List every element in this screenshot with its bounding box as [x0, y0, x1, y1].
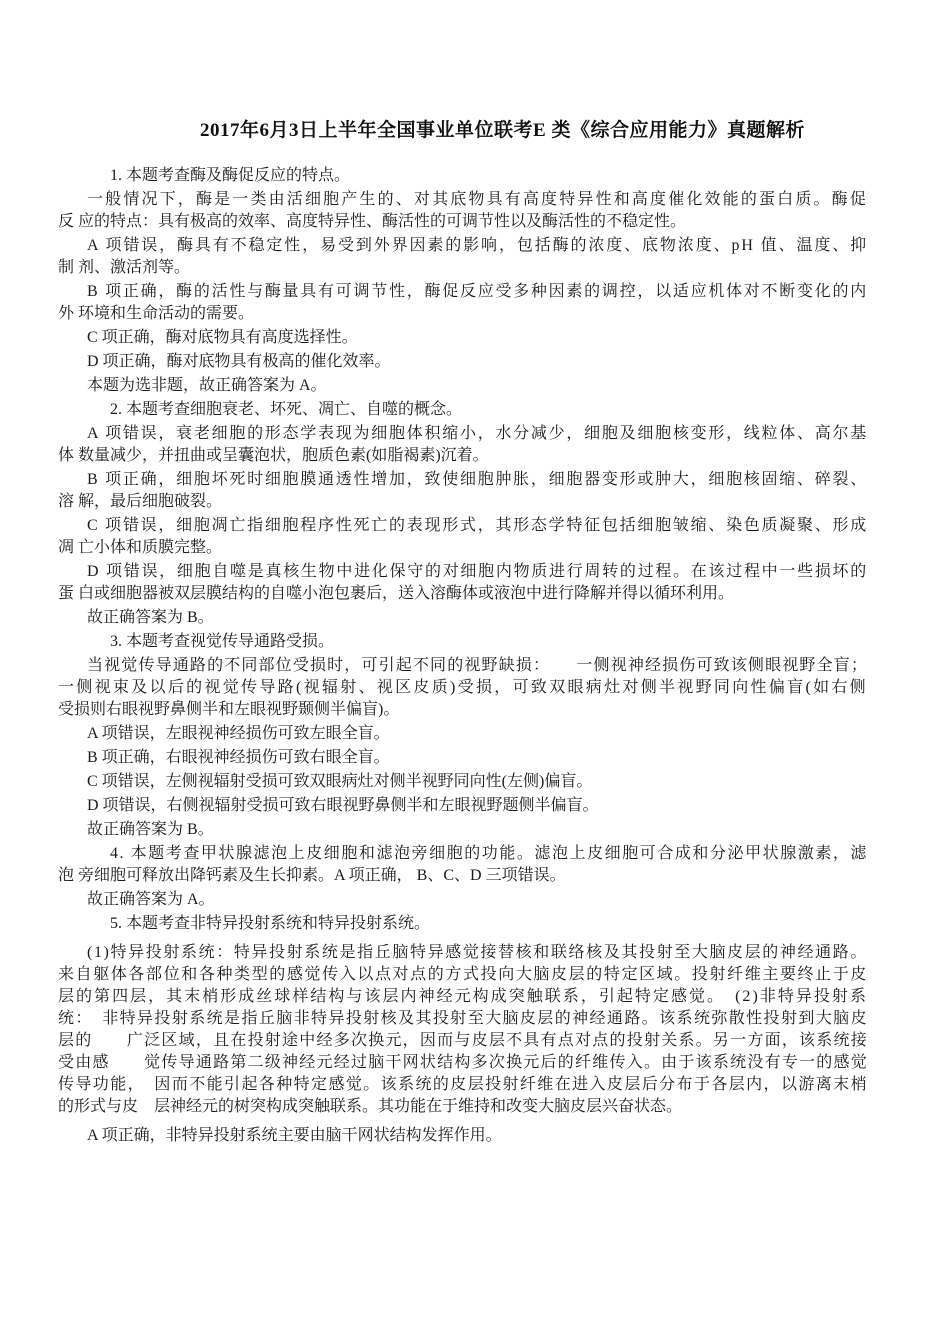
text-line-content: 5. 本题考查非特异投射系统和特异投射系统。 [110, 915, 430, 932]
text-line-content: 外 环境和生命活动的需要。 [58, 305, 254, 322]
text-line: 蛋 白或细胞器被双层膜结构的自噬小泡包裹后，送入溶酶体或液泡中进行降解并得以循环… [58, 583, 868, 605]
document-page: 2017年6月3日上半年全国事业单位联考E 类《综合应用能力》真题解析 1. 本… [0, 0, 950, 1344]
document-title: 2017年6月3日上半年全国事业单位联考E 类《综合应用能力》真题解析 [0, 0, 950, 144]
text-line-content: 传导功能， 因而不能引起各种特定感觉。该系统的皮层投射纤维在进入皮层后分布于各层… [58, 1076, 868, 1093]
text-line: 统： 非特异投射系统是指丘脑非特异投射核及其投射至大脑皮层的神经通路。该系统弥散… [58, 1008, 868, 1030]
text-line-content: 3. 本题考查视觉传导通路受损。 [110, 633, 334, 650]
text-line: 来自躯体各部位和各种类型的感觉传入以点对点的方式投向大脑皮层的特定区域。投射纤维… [58, 964, 868, 986]
text-line: A 项错误，衰老细胞的形态学表现为细胞体积缩小，水分减少，细胞及细胞核变形，线粒… [58, 423, 868, 445]
text-line: 反 应的特点：具有极高的效率、高度特异性、酶活性的可调节性以及酶活性的不稳定性。 [58, 211, 868, 233]
text-line-content: 制 剂、激活剂等。 [58, 259, 190, 276]
text-line: 外 环境和生命活动的需要。 [58, 303, 868, 325]
text-line-content: 4. 本题考查甲状腺滤泡上皮细胞和滤泡旁细胞的功能。滤泡上皮细胞可合成和分泌甲状… [110, 845, 868, 862]
text-line-content: 蛋 白或细胞器被双层膜结构的自噬小泡包裹后，送入溶酶体或液泡中进行降解并得以循环… [58, 585, 734, 602]
text-line-content: B 项正确，细胞坏死时细胞膜通透性增加，致使细胞肿胀，细胞器变形或肿大，细胞核固… [87, 471, 868, 488]
text-line: 制 剂、激活剂等。 [58, 257, 868, 279]
text-line: A 项错误，左眼视神经损伤可致左眼全盲。 [58, 723, 868, 745]
text-line-content: C 项正确，酶对底物具有高度选择性。 [87, 329, 358, 346]
text-line: D 项错误，右侧视辐射受损可致右眼视野鼻侧半和左眼视野题侧半偏盲。 [58, 795, 868, 817]
text-line-content: (1)特异投射系统：特异投射系统是指丘脑特异感觉接替核和联络核及其投射至大脑皮层… [87, 944, 868, 961]
text-line: 当视觉传导通路的不同部位受损时，可引起不同的视野缺损： 一侧视神经损伤可致该侧眼… [58, 655, 868, 677]
text-line-content: 故正确答案为 B。 [87, 821, 214, 838]
text-line: 受由感 觉传导通路第二级神经元经过脑干网状结构多次换元后的纤维传入。由于该系统没… [58, 1052, 868, 1074]
text-line-content: C 项错误，细胞凋亡指细胞程序性死亡的表现形式，其形态学特征包括细胞皱缩、染色质… [87, 517, 868, 534]
text-line: 4. 本题考查甲状腺滤泡上皮细胞和滤泡旁细胞的功能。滤泡上皮细胞可合成和分泌甲状… [58, 843, 868, 865]
text-line-content: A 项错误，酶具有不稳定性，易受到外界因素的影响，包括酶的浓度、底物浓度、pH … [87, 237, 868, 254]
text-line-content: 层的 广泛区域，且在投射途中经多次换元，因而与皮层不具有点对点的投射关系。另一方… [58, 1032, 868, 1049]
text-line-content: D 项正确，酶对底物具有极高的催化效率。 [87, 353, 391, 370]
text-line: 层的第四层，其末梢形成丝球样结构与该层内神经元构成突触联系，引起特定感觉。 (2… [58, 986, 868, 1008]
text-line: A 项正确，非特异投射系统主要由脑干网状结构发挥作用。 [58, 1125, 868, 1147]
text-line-content: 2. 本题考查细胞衰老、坏死、凋亡、自噬的概念。 [110, 401, 462, 418]
text-line-content: 1. 本题考查酶及酶促反应的特点。 [110, 167, 350, 184]
text-line-content: 凋 亡小体和质膜完整。 [58, 539, 222, 556]
document-body: 1. 本题考查酶及酶促反应的特点。一般情况下，酶是一类由活细胞产生的、对其底物具… [0, 165, 950, 1147]
text-line-content: 反 应的特点：具有极高的效率、高度特异性、酶活性的可调节性以及酶活性的不稳定性。 [58, 213, 686, 230]
text-line: 2. 本题考查细胞衰老、坏死、凋亡、自噬的概念。 [58, 399, 868, 421]
text-line: 故正确答案为 B。 [58, 819, 868, 841]
text-line-content: 溶 解，最后细胞破裂。 [58, 493, 222, 510]
text-line: 层的 广泛区域，且在投射途中经多次换元，因而与皮层不具有点对点的投射关系。另一方… [58, 1030, 868, 1052]
text-line-content: 的形式与皮 层神经元的树突构成突触联系。其功能在于维持和改变大脑皮层兴奋状态。 [58, 1098, 682, 1115]
text-line: B 项正确，细胞坏死时细胞膜通透性增加，致使细胞肿胀，细胞器变形或肿大，细胞核固… [58, 469, 868, 491]
text-line: 一般情况下，酶是一类由活细胞产生的、对其底物具有高度特异性和高度催化效能的蛋白质… [58, 189, 868, 211]
text-line: 5. 本题考查非特异投射系统和特异投射系统。 [58, 913, 868, 935]
text-line: 受损则右眼视野鼻侧半和左眼视野颞侧半偏盲)。 [58, 699, 868, 721]
text-line: 的形式与皮 层神经元的树突构成突触联系。其功能在于维持和改变大脑皮层兴奋状态。 [58, 1096, 868, 1118]
text-line-content: 本题为选非题，故正确答案为 A。 [87, 377, 327, 394]
text-line-content: 一般情况下，酶是一类由活细胞产生的、对其底物具有高度特异性和高度催化效能的蛋白质… [87, 191, 868, 208]
text-line: 体 数量减少，并扭曲或呈囊泡状，胞质色素(如脂褐素)沉着。 [58, 445, 868, 467]
text-line: 1. 本题考查酶及酶促反应的特点。 [58, 165, 868, 187]
text-line-content: A 项错误，衰老细胞的形态学表现为细胞体积缩小，水分减少，细胞及细胞核变形，线粒… [87, 425, 868, 442]
text-line-content: D 项错误，细胞自噬是真核生物中进化保守的对细胞内物质进行周转的过程。在该过程中… [87, 563, 868, 580]
text-line-content: 层的第四层，其末梢形成丝球样结构与该层内神经元构成突触联系，引起特定感觉。 (2… [58, 988, 868, 1005]
text-line: 凋 亡小体和质膜完整。 [58, 537, 868, 559]
text-line: B 项正确，右眼视神经损伤可致右眼全盲。 [58, 747, 868, 769]
text-line: D 项错误，细胞自噬是真核生物中进化保守的对细胞内物质进行周转的过程。在该过程中… [58, 561, 868, 583]
text-line: D 项正确，酶对底物具有极高的催化效率。 [58, 351, 868, 373]
text-line: B 项正确，酶的活性与酶量具有可调节性，酶促反应受多种因素的调控，以适应机体对不… [58, 281, 868, 303]
text-line-content: 体 数量减少，并扭曲或呈囊泡状，胞质色素(如脂褐素)沉着。 [58, 447, 489, 464]
text-line: 泡 旁细胞可释放出降钙素及生长抑素。A 项正确， B、C、D 三项错误。 [58, 865, 868, 887]
text-line-content: B 项正确，右眼视神经损伤可致右眼全盲。 [87, 749, 390, 766]
text-line: 溶 解，最后细胞破裂。 [58, 491, 868, 513]
text-line-content: 泡 旁细胞可释放出降钙素及生长抑素。A 项正确， B、C、D 三项错误。 [58, 867, 566, 884]
text-line-content: 故正确答案为 B。 [87, 609, 214, 626]
text-line: 故正确答案为 B。 [58, 607, 868, 629]
text-line: C 项正确，酶对底物具有高度选择性。 [58, 327, 868, 349]
text-line: 故正确答案为 A。 [58, 889, 868, 911]
text-line: 一侧视束及以后的视觉传导路(视辐射、视区皮质)受损，可致双眼病灶对侧半视野同向性… [58, 677, 868, 699]
text-line-content: A 项错误，左眼视神经损伤可致左眼全盲。 [87, 725, 390, 742]
text-line: C 项错误，左侧视辐射受损可致双眼病灶对侧半视野同向性(左侧)偏盲。 [58, 771, 868, 793]
text-line-content: B 项正确，酶的活性与酶量具有可调节性，酶促反应受多种因素的调控，以适应机体对不… [87, 283, 868, 300]
text-line-content: 一侧视束及以后的视觉传导路(视辐射、视区皮质)受损，可致双眼病灶对侧半视野同向性… [58, 679, 868, 696]
text-line: 本题为选非题，故正确答案为 A。 [58, 375, 868, 397]
text-line-content: 来自躯体各部位和各种类型的感觉传入以点对点的方式投向大脑皮层的特定区域。投射纤维… [58, 966, 868, 983]
text-line: C 项错误，细胞凋亡指细胞程序性死亡的表现形式，其形态学特征包括细胞皱缩、染色质… [58, 515, 868, 537]
text-line: 3. 本题考查视觉传导通路受损。 [58, 631, 868, 653]
text-line-content: A 项正确，非特异投射系统主要由脑干网状结构发挥作用。 [87, 1127, 502, 1144]
text-line-content: 统： 非特异投射系统是指丘脑非特异投射核及其投射至大脑皮层的神经通路。该系统弥散… [58, 1010, 868, 1027]
text-line: (1)特异投射系统：特异投射系统是指丘脑特异感觉接替核和联络核及其投射至大脑皮层… [58, 942, 868, 964]
text-line: 传导功能， 因而不能引起各种特定感觉。该系统的皮层投射纤维在进入皮层后分布于各层… [58, 1074, 868, 1096]
text-line: A 项错误，酶具有不稳定性，易受到外界因素的影响，包括酶的浓度、底物浓度、pH … [58, 235, 868, 257]
text-line-content: D 项错误，右侧视辐射受损可致右眼视野鼻侧半和左眼视野题侧半偏盲。 [87, 797, 599, 814]
text-line-content: 当视觉传导通路的不同部位受损时，可引起不同的视野缺损： 一侧视神经损伤可致该侧眼… [87, 657, 868, 674]
text-line-content: 故正确答案为 A。 [87, 891, 215, 908]
text-line-content: C 项错误，左侧视辐射受损可致双眼病灶对侧半视野同向性(左侧)偏盲。 [87, 773, 592, 790]
text-line-content: 受由感 觉传导通路第二级神经元经过脑干网状结构多次换元后的纤维传入。由于该系统没… [58, 1054, 868, 1071]
text-line-content: 受损则右眼视野鼻侧半和左眼视野颞侧半偏盲)。 [58, 701, 399, 718]
